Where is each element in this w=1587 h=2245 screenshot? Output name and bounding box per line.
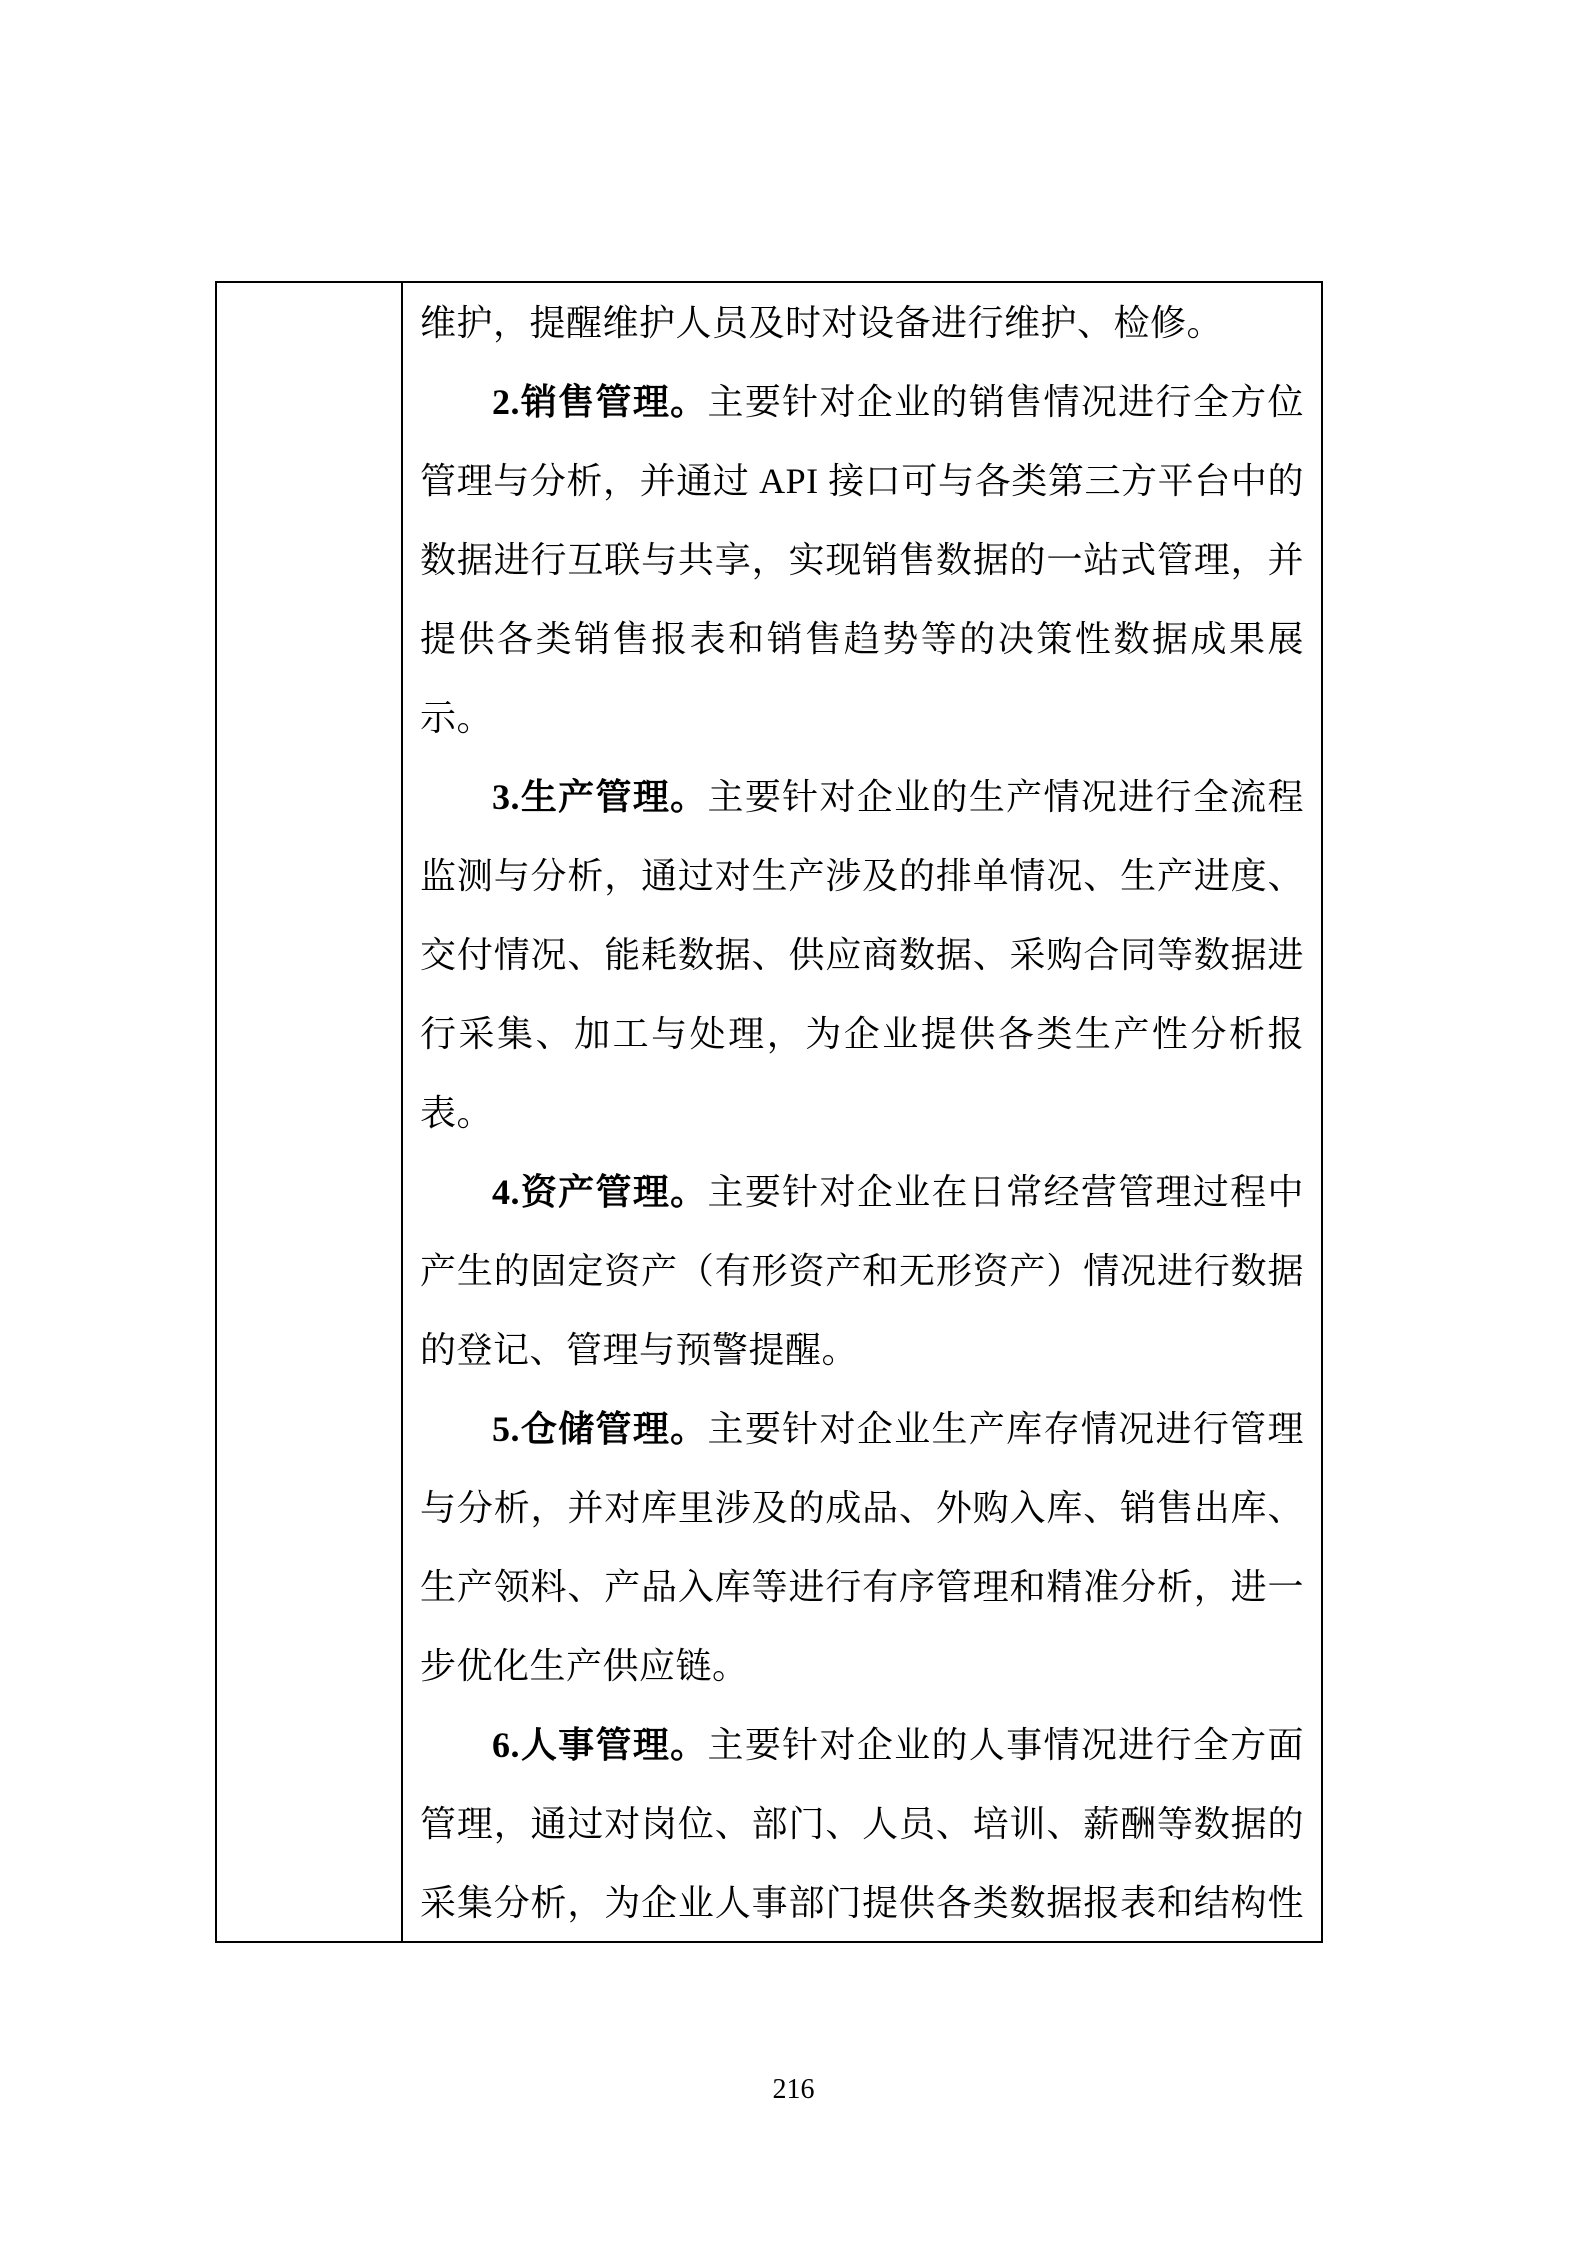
document-table: 维护，提醒维护人员及时对设备进行维护、检修。 2.销售管理。主要针对企业的销售情… [215, 281, 1323, 1943]
paragraph-heading: 5.仓储管理。 [492, 1409, 708, 1449]
paragraph-production-management: 3.生产管理。主要针对企业的生产情况进行全流程监测与分析，通过对生产涉及的排单情… [420, 758, 1304, 1153]
paragraph-text: 主要针对企业生产库存情况进行管理与分析，并对库里涉及的成品、外购入库、销售出库、… [420, 1409, 1304, 1686]
paragraph-text: 主要针对企业的生产情况进行全流程监测与分析，通过对生产涉及的排单情况、生产进度、… [420, 777, 1304, 1133]
paragraph-heading: 2.销售管理。 [492, 382, 708, 422]
paragraph-heading: 4.资产管理。 [492, 1172, 708, 1212]
paragraph-heading: 6.人事管理。 [492, 1725, 708, 1765]
paragraph-heading: 3.生产管理。 [492, 777, 708, 817]
paragraph-continuation: 维护，提醒维护人员及时对设备进行维护、检修。 [420, 284, 1304, 363]
document-page: 维护，提醒维护人员及时对设备进行维护、检修。 2.销售管理。主要针对企业的销售情… [0, 0, 1587, 2245]
page-number: 216 [0, 2072, 1587, 2108]
table-left-cell [217, 283, 403, 1941]
paragraph-sales-management: 2.销售管理。主要针对企业的销售情况进行全方位管理与分析，并通过 API 接口可… [420, 363, 1304, 758]
paragraph-text: 维护，提醒维护人员及时对设备进行维护、检修。 [420, 303, 1223, 343]
paragraph-warehouse-management: 5.仓储管理。主要针对企业生产库存情况进行管理与分析，并对库里涉及的成品、外购入… [420, 1390, 1304, 1706]
paragraph-asset-management: 4.资产管理。主要针对企业在日常经营管理过程中产生的固定资产（有形资产和无形资产… [420, 1153, 1304, 1390]
paragraph-personnel-management: 6.人事管理。主要针对企业的人事情况进行全方面管理，通过对岗位、部门、人员、培训… [420, 1706, 1304, 1941]
paragraph-text: 主要针对企业的销售情况进行全方位管理与分析，并通过 API 接口可与各类第三方平… [420, 382, 1304, 738]
table-content-cell: 维护，提醒维护人员及时对设备进行维护、检修。 2.销售管理。主要针对企业的销售情… [403, 283, 1321, 1941]
